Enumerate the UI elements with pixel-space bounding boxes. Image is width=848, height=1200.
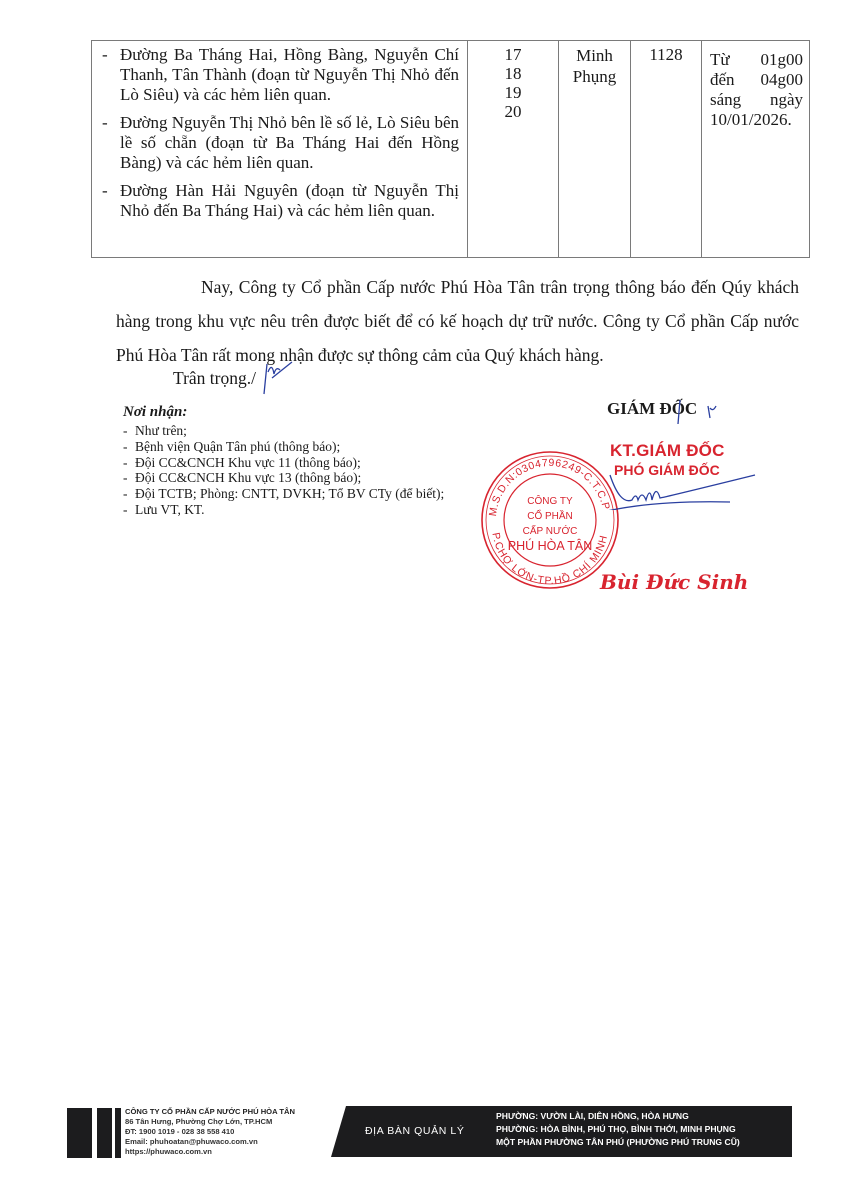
number: 19 — [468, 83, 558, 102]
recipient-item: Lưu VT, KT. — [123, 502, 444, 518]
footer-address: 86 Tân Hưng, Phường Chợ Lớn, TP.HCM — [125, 1117, 295, 1127]
recipient-item: Bệnh viện Quận Tân phú (thông báo); — [123, 439, 444, 455]
company-logo-bars-icon — [67, 1108, 123, 1158]
recipients-list: Như trên; Bệnh viện Quận Tân phú (thông … — [123, 423, 444, 518]
time-line: Từ 01g00 — [710, 50, 803, 70]
area-item: Đường Nguyễn Thị Nhỏ bên lề số lẻ, Lò Si… — [92, 113, 459, 173]
affected-areas-cell: Đường Ba Tháng Hai, Hồng Bàng, Nguyễn Ch… — [92, 41, 468, 258]
recipient-item: Đội TCTB; Phòng: CNTT, DVKH; Tổ BV CTy (… — [123, 486, 444, 502]
recipient-item: Đội CC&CNCH Khu vực 11 (thông báo); — [123, 455, 444, 471]
ward-name: Minh Phụng — [559, 41, 630, 87]
handwritten-signature-icon — [580, 400, 760, 510]
numbers-cell: 17 18 19 20 — [468, 41, 559, 258]
number: 20 — [468, 102, 558, 121]
outage-time: Từ 01g00 đến 04g00 sáng ngày 10/01/2026. — [702, 41, 809, 130]
service-area-item: MỘT PHẦN PHƯỜNG TÂN PHÚ (PHƯỜNG PHÚ TRUN… — [496, 1136, 740, 1149]
time-line: đến 04g00 — [710, 70, 803, 90]
footer-email[interactable]: Email: phuhoatan@phuwaco.com.vn — [125, 1137, 295, 1147]
footer-company-info: CÔNG TY CỔ PHẦN CẤP NƯỚC PHÚ HÒA TÂN 86 … — [125, 1107, 295, 1157]
footer-company-name: CÔNG TY CỔ PHẦN CẤP NƯỚC PHÚ HÒA TÂN — [125, 1107, 295, 1117]
recipient-item: Như trên; — [123, 423, 444, 439]
code-value: 1128 — [631, 41, 701, 65]
service-area-item: PHƯỜNG: VƯỜN LÀI, DIÊN HỒNG, HÒA HƯNG — [496, 1110, 740, 1123]
service-area-list: PHƯỜNG: VƯỜN LÀI, DIÊN HỒNG, HÒA HƯNG PH… — [496, 1110, 740, 1149]
time-line: 10/01/2026. — [710, 110, 803, 130]
svg-text:PHÚ HÒA TÂN: PHÚ HÒA TÂN — [508, 538, 593, 553]
svg-text:CẤP NƯỚC: CẤP NƯỚC — [523, 524, 578, 537]
time-line: sáng ngày — [710, 90, 803, 110]
initial-signature-icon — [258, 356, 300, 396]
area-item: Đường Hàn Hải Nguyên (đoạn từ Nguyễn Thị… — [92, 181, 459, 221]
signer-name: Bùi Đức Sinh — [600, 570, 748, 594]
ward-cell: Minh Phụng — [559, 41, 631, 258]
area-item: Đường Ba Tháng Hai, Hồng Bàng, Nguyễn Ch… — [92, 45, 459, 105]
table-row: Đường Ba Tháng Hai, Hồng Bàng, Nguyễn Ch… — [92, 41, 810, 258]
footer-phone: ĐT: 1900 1019 - 028 38 558 410 — [125, 1127, 295, 1137]
svg-text:CÔNG TY: CÔNG TY — [527, 494, 573, 507]
svg-text:CỔ PHẦN: CỔ PHẦN — [527, 509, 573, 522]
number: 17 — [468, 45, 558, 64]
time-cell: Từ 01g00 đến 04g00 sáng ngày 10/01/2026. — [702, 41, 810, 258]
code-cell: 1128 — [631, 41, 702, 258]
water-outage-table: Đường Ba Tháng Hai, Hồng Bàng, Nguyễn Ch… — [91, 40, 810, 258]
affected-areas-list: Đường Ba Tháng Hai, Hồng Bàng, Nguyễn Ch… — [92, 41, 467, 221]
footer-service-area-band: ĐỊA BÀN QUẢN LÝ PHƯỜNG: VƯỜN LÀI, DIÊN H… — [331, 1106, 792, 1157]
recipients-title: Nơi nhận: — [123, 404, 187, 421]
closing-text: Trân trọng./ — [173, 368, 256, 389]
service-area-label: ĐỊA BÀN QUẢN LÝ — [365, 1125, 464, 1137]
number: 18 — [468, 64, 558, 83]
notice-paragraph: Nay, Công ty Cổ phần Cấp nước Phú Hòa Tâ… — [116, 270, 799, 372]
recipient-item: Đội CC&CNCH Khu vực 13 (thông báo); — [123, 470, 444, 486]
service-area-item: PHƯỜNG: HÒA BÌNH, PHÚ THỌ, BÌNH THỚI, MI… — [496, 1123, 740, 1136]
footer-website[interactable]: https://phuwaco.com.vn — [125, 1147, 295, 1157]
